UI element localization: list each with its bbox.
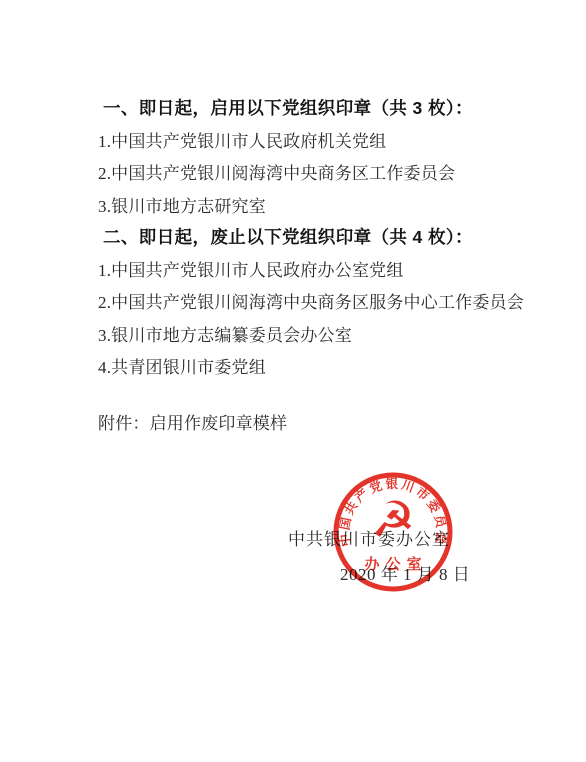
section-2-item-3: 3.银川市地方志编纂委员会办公室 — [98, 317, 532, 349]
section-2-item-4: 4.共青团银川市委党组 — [98, 349, 532, 381]
document-page: 一、即日起，启用以下党组织印章（共 3 枚）： 1.中国共产党银川市人民政府机关… — [0, 0, 586, 762]
section-2-heading: 二、即日起，废止以下党组织印章（共 4 枚）： — [98, 220, 532, 252]
section-1-item-1: 1.中国共产党银川市人民政府机关党组 — [98, 123, 532, 155]
section-2-item-1: 1.中国共产党银川市人民政府办公室党组 — [98, 252, 532, 284]
section-1-item-3: 3.银川市地方志研究室 — [98, 188, 532, 220]
attachment-line: 附件：启用作废印章模样 — [98, 406, 532, 438]
section-1-heading: 一、即日起，启用以下党组织印章（共 3 枚）： — [98, 91, 532, 123]
section-1-item-2: 2.中国共产党银川阅海湾中央商务区工作委员会 — [98, 156, 532, 188]
seal-office-text: 办公室 — [364, 555, 427, 573]
document-body: 一、即日起，启用以下党组织印章（共 3 枚）： 1.中国共产党银川市人民政府机关… — [98, 91, 532, 438]
official-seal: 中国共产党银川市委员会 ☭ 办公室 — [318, 457, 468, 607]
hammer-sickle-icon: ☭ — [371, 492, 416, 548]
section-2-item-2: 2.中国共产党银川阅海湾中央商务区服务中心工作委员会 — [98, 285, 532, 317]
